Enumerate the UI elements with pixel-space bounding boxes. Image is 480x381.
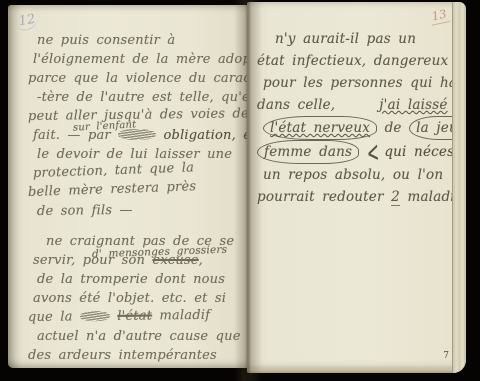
- page-stack-edge: [452, 2, 466, 373]
- underlined-phrase: j'ai laissé: [379, 97, 447, 113]
- manuscript-line: ne craignant pas de ce sed' mensonges gr…: [46, 232, 245, 251]
- interline-insertion: sur l'enfant: [73, 115, 137, 137]
- left-page: 12 ne puis consentir à l'éloignement de …: [8, 5, 247, 368]
- manuscript-line: état infectieux, dangereux: [257, 50, 450, 72]
- manuscript-line: actuel n'a d'autre cause que: [37, 327, 245, 346]
- page-bottom-edge: [247, 365, 466, 373]
- sheet-number: 7: [443, 351, 449, 361]
- manuscript-line: que la l'état maladif: [28, 305, 245, 327]
- manuscript-line: des ardeurs intempérantes: [28, 346, 245, 365]
- page-number-left: 12: [16, 11, 39, 31]
- manuscript-line: pour les personnes qui habitent: [263, 72, 450, 94]
- manuscript-line: sur l'enfantfait. — par obligation, et: [33, 126, 245, 145]
- manuscript-line: parce que la violence du carac-: [28, 69, 245, 88]
- page-number-right: 13: [429, 6, 451, 26]
- manuscript-line: de la tromperie dont nous: [37, 270, 245, 289]
- manuscript-line: femme dans<qui nécessite: [257, 140, 450, 164]
- right-page-manuscript-text: n'y aurait-il pas un état infectieux, da…: [257, 28, 450, 208]
- circle-annotation: l'état nerveux: [263, 116, 377, 140]
- line-fragment: maladif: [159, 308, 210, 324]
- manuscript-line: n'y aurait-il pas un: [275, 28, 450, 50]
- right-page: 13 n'y aurait-il pas un état infectieux,…: [247, 2, 466, 373]
- line-fragment: pourrait redouter: [257, 189, 384, 205]
- manuscript-line: ne puis consentir à: [37, 31, 245, 50]
- manuscript-line: l'éloignement de la mère adop: [33, 50, 245, 69]
- line-fragment: que la: [28, 309, 73, 325]
- line-fragment: de: [385, 120, 402, 136]
- line-fragment: obligation, et: [164, 128, 247, 143]
- manuscript-line: peut aller jusqu'à des voies de: [28, 104, 245, 126]
- notebook-photo: 12 ne puis consentir à l'éloignement de …: [0, 0, 480, 381]
- manuscript-line: de son fils —: [37, 199, 245, 221]
- manuscript-line: dans celle,j'ai laissé: [257, 94, 450, 116]
- underlined-word: 2: [391, 189, 400, 206]
- struck-out-word: l'état: [117, 308, 152, 323]
- left-page-manuscript-text: ne puis consentir à l'éloignement de la …: [28, 31, 245, 365]
- circle-annotation: femme dans: [257, 140, 359, 164]
- line-fragment: dans celle,: [257, 97, 335, 113]
- manuscript-line: un repos absolu, ou l'on: [263, 164, 450, 186]
- connector-bracket-icon: <: [367, 144, 380, 161]
- manuscript-line: l'état nerveux de la jeune: [263, 116, 450, 140]
- scribbled-out-word-icon: [80, 311, 110, 321]
- manuscript-line: pourrait redouter 2 maladies: [257, 186, 450, 208]
